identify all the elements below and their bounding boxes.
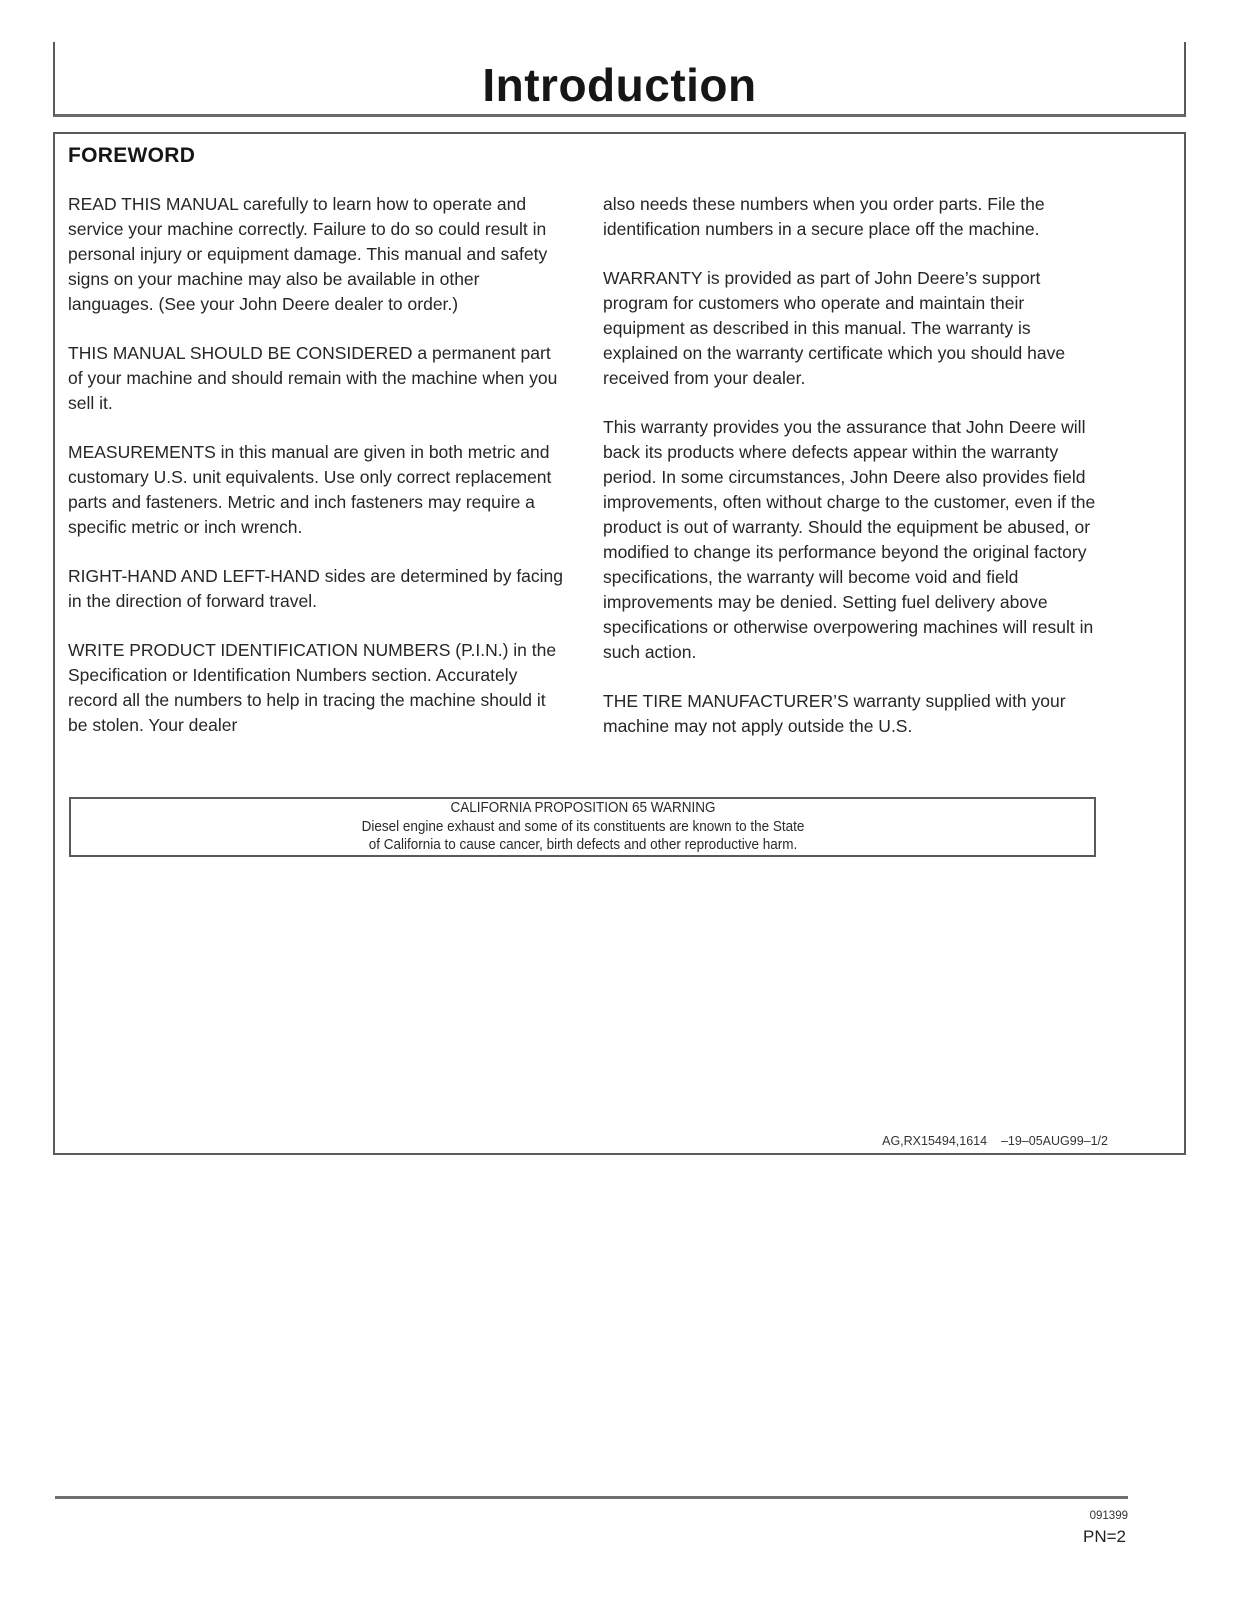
print-code: 091399: [1090, 1510, 1128, 1522]
footer-separator-line: [55, 1496, 1128, 1499]
prop65-warning-box: CALIFORNIA PROPOSITION 65 WARNING Diesel…: [69, 797, 1096, 857]
page-title-box: Introduction: [53, 42, 1186, 117]
paragraph-tire-manufacturer: THE TIRE MANUFACTURER’S warranty supplie…: [603, 689, 1102, 739]
left-column: READ THIS MANUAL carefully to learn how …: [68, 192, 567, 738]
section-heading: FOREWORD: [68, 144, 195, 168]
prop65-warning-heading: CALIFORNIA PROPOSITION 65 WARNING: [361, 799, 804, 818]
paragraph-manual-considered: THIS MANUAL SHOULD BE CONSIDERED a perma…: [68, 341, 567, 416]
paragraph-warranty-assurance: This warranty provides you the assurance…: [603, 415, 1102, 665]
paragraph-write-pin: WRITE PRODUCT IDENTIFICATION NUMBERS (P.…: [68, 638, 567, 738]
page-number: PN=2: [1083, 1527, 1126, 1547]
revision-footnote: AG,RX15494,1614 –19–05AUG99–1/2: [882, 1134, 1108, 1148]
page-title: Introduction: [482, 58, 756, 112]
paragraph-measurements: MEASUREMENTS in this manual are given in…: [68, 440, 567, 540]
right-column: also needs these numbers when you order …: [603, 192, 1102, 739]
paragraph-read-this-manual: READ THIS MANUAL carefully to learn how …: [68, 192, 567, 317]
paragraph-right-left-hand: RIGHT-HAND AND LEFT-HAND sides are deter…: [68, 564, 567, 614]
prop65-warning-text: CALIFORNIA PROPOSITION 65 WARNING Diesel…: [361, 799, 804, 855]
paragraph-also-needs: also needs these numbers when you order …: [603, 192, 1102, 242]
prop65-warning-line2: of California to cause cancer, birth def…: [361, 836, 804, 855]
paragraph-warranty: WARRANTY is provided as part of John Dee…: [603, 266, 1102, 391]
foreword-section-box: FOREWORD READ THIS MANUAL carefully to l…: [53, 132, 1186, 1155]
prop65-warning-line1: Diesel engine exhaust and some of its co…: [361, 818, 804, 837]
